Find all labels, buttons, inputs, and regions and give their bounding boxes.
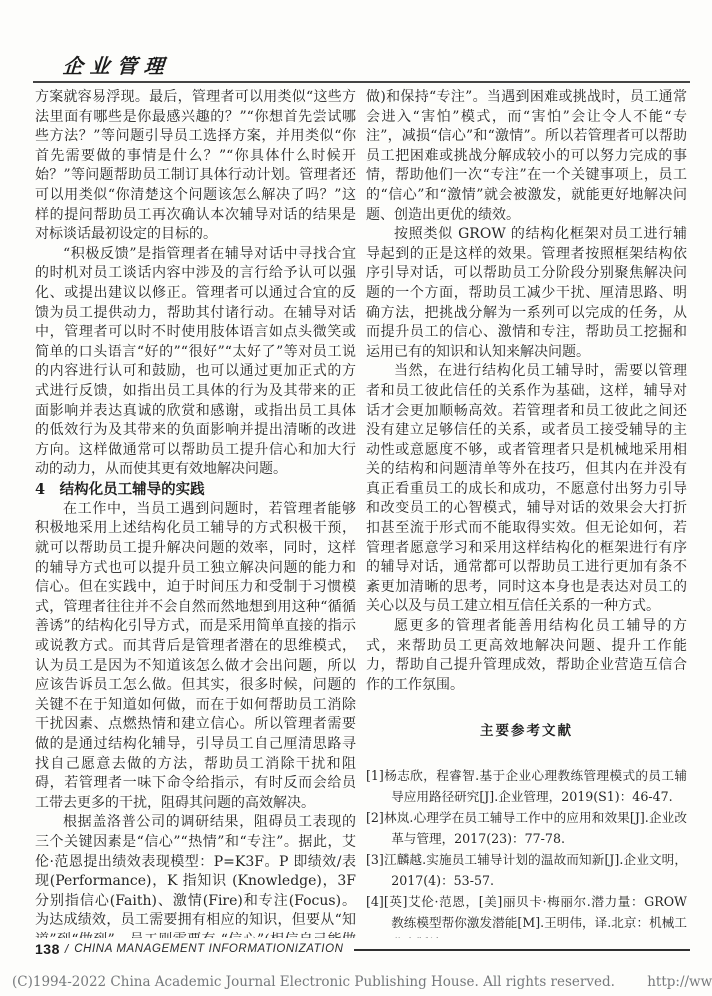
journal-page: 企业管理 方案就容易浮现。最后，管理者可以用类似“这些方法里面有哪些是你最感兴趣… [0, 0, 712, 996]
footer-separator: / [65, 942, 68, 956]
paragraph: 当然，在进行结构化员工辅导时，需要以管理者和员工彼此信任的关系作为基础，这样，辅… [366, 362, 687, 617]
page-footer: 138 / CHINA MANAGEMENT INFORMATIONIZATIO… [35, 941, 690, 957]
paragraph-continuation: 做)和保持“专注”。当遇到困难或挑战时，员工通常会进入“害怕”模式，而“害怕”会… [366, 88, 687, 225]
page-header-section-label: 企业管理 [62, 50, 172, 79]
reference-item: [1]杨志欣，程睿智.基于企业心理教练管理模式的员工辅导应用路径研究[J].企业… [366, 765, 687, 807]
reference-item: [2]林岚.心理学在员工辅导工作中的应用和效果[J].企业改革与管理，2017(… [366, 807, 687, 849]
cnki-url: http://www.cnki.net [647, 974, 712, 990]
copyright-line: (C)1994-2022 China Academic Journal Elec… [12, 974, 702, 990]
reference-item: [4][英]艾伦·范恩，[美]丽贝卡·梅丽尔.潜力量：GROW 教练模型帮你激发… [366, 891, 687, 938]
copyright-notice: (C)1994-2022 China Academic Journal Elec… [12, 974, 615, 990]
article-body: 方案就容易浮现。最后，管理者可以用类似“这些方法里面有哪些是你最感兴趣的？”“你… [35, 88, 687, 938]
section-title: 结构化员工辅导的实践 [60, 481, 205, 498]
paragraph: 根据盖洛普公司的调研结果，阻碍员工表现的三个关键因素是“信心”“热情”和“专注”… [35, 813, 356, 938]
paragraph-continuation: 方案就容易浮现。最后，管理者可以用类似“这些方法里面有哪些是你最感兴趣的？”“你… [35, 88, 356, 245]
references-heading: 主要参考文献 [366, 719, 687, 739]
reference-item: [3]江麟越.实施员工辅导计划的温故而知新[J].企业文明，2017(4)：53… [366, 849, 687, 891]
footer-divider [354, 949, 690, 951]
right-column: 做)和保持“专注”。当遇到困难或挑战时，员工通常会进入“害怕”模式，而“害怕”会… [366, 88, 687, 938]
journal-name: CHINA MANAGEMENT INFORMATIONIZATION [74, 943, 343, 955]
paragraph: 在工作中，当员工遇到问题时，若管理者能够积极地采用上述结构化员工辅导的方式积极干… [35, 500, 356, 814]
paragraph: 愿更多的管理者能善用结构化员工辅导的方式，来帮助员工更高效地解决问题、提升工作能… [366, 617, 687, 695]
left-column: 方案就容易浮现。最后，管理者可以用类似“这些方法里面有哪些是你最感兴趣的？”“你… [35, 88, 356, 938]
paragraph: “积极反馈”是指管理者在辅导对话中寻找合宜的时机对员工谈话内容中涉及的言行给予认… [35, 245, 356, 480]
section-heading: 4结构化员工辅导的实践 [35, 480, 356, 500]
paragraph: 按照类似 GROW 的结构化框架对员工进行辅导起到的正是这样的效果。管理者按照框… [366, 225, 687, 362]
page-number: 138 [35, 941, 60, 957]
references-list: [1]杨志欣，程睿智.基于企业心理教练管理模式的员工辅导应用路径研究[J].企业… [366, 765, 687, 938]
section-number: 4 [35, 481, 45, 498]
header-divider [33, 81, 690, 83]
